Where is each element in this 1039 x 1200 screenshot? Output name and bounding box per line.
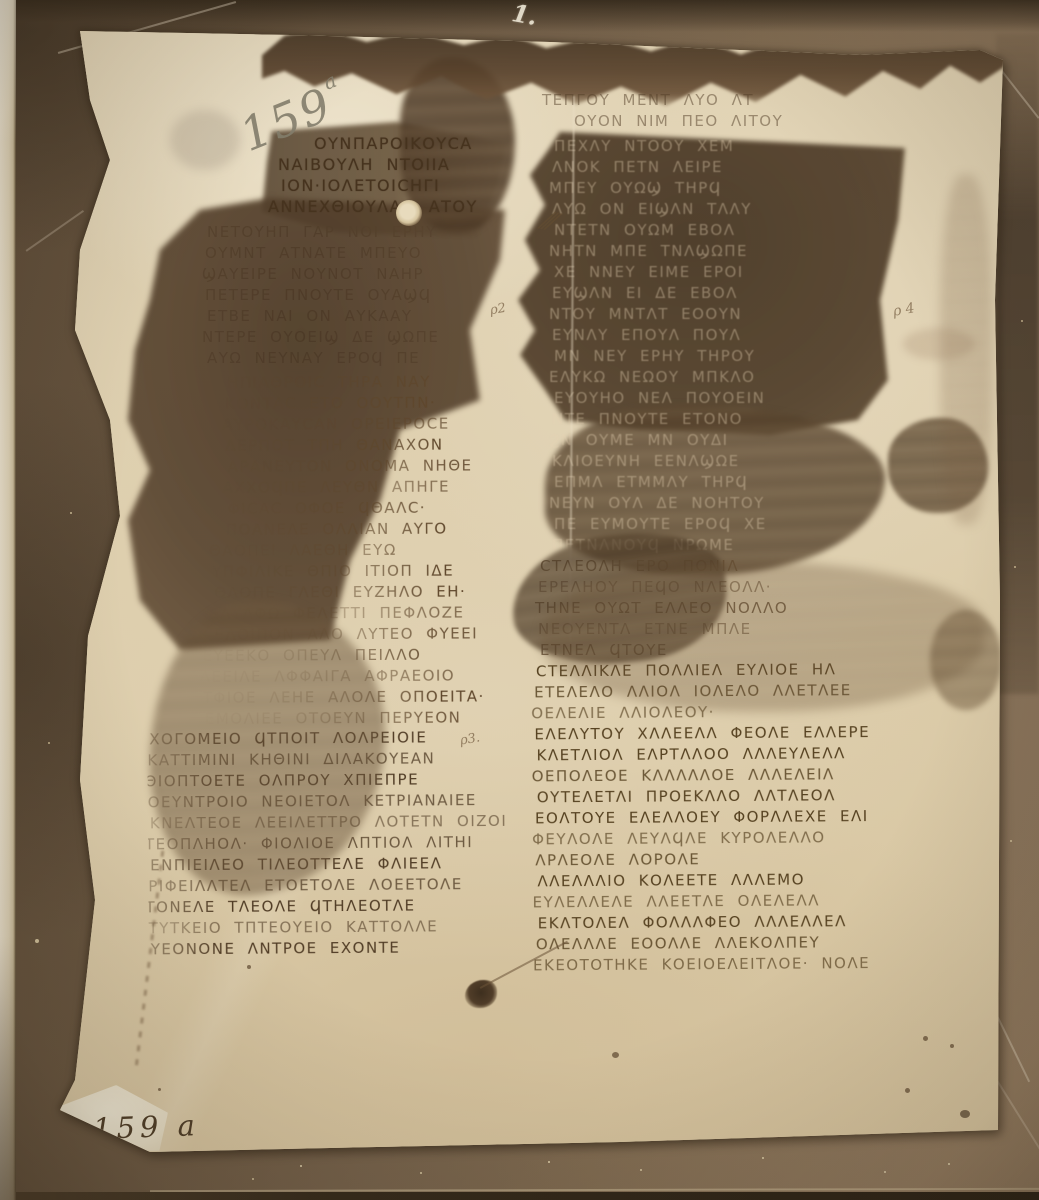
manuscript-text-line: ΛΥΩ ΟΝ ΕΙϢΛΝ ΤΛΛΥ	[552, 199, 902, 220]
manuscript-text-line: ΕΚΛΤΟΛΕΛ ΦΟΛΛΛΦΕΟ ΛΛΛΕΛΛΕΛ	[538, 911, 938, 935]
manuscript-text-line: ΟΕΠΟΛΕΟΕ ΚΛΛΛΛΛΟΕ ΛΛΛΕΛΕΙΛ	[532, 764, 932, 788]
manuscript-text-line: ΗΠΙΑΘΡΟΙC ΤΗΡΑ ΝΑΥ	[227, 371, 541, 394]
right-column-top-fragment-lines: ΤΕΠΓΟΥ ΜΕΝΤ ΛΥΟ ΛΤΟΥΟΝ ΝΙΜ ΠΕΟ ΛΙΤΟΥ	[540, 90, 900, 132]
manuscript-text-line: ΠΕ ΕΥΜΟΥΤΕ ΕΡΟϤ ΧΕ	[554, 514, 904, 535]
manuscript-text-line: ΕΠΜΛ ΕΤΜΜΛΥ ΤΗΡϤ	[554, 472, 904, 493]
manuscript-text-line: ΝΤΟΥ ΜΝΤΛΤ ΕΟΟΥΝ	[549, 304, 899, 325]
manuscript-text-line: ΕΟΛΤΟΥΕ ΕΛΕΛΛΟΕΥ ΦΟΡΛΛΕΧΕ ΕΛΙ	[535, 806, 935, 830]
ink-stain	[940, 175, 992, 525]
manuscript-text-line: ΕΥΟΥΗΟ ΝΕΛ ΠΟΥΟΕΙΝ	[554, 388, 904, 409]
manuscript-text-line: ΝΗΤΝ ΜΠΕ ΤΝΛϢΩΠΕ	[549, 241, 899, 262]
ink-blot	[465, 980, 497, 1008]
manuscript-text-line: ΧΕ ΝΝΕΥ ΕΙΜΕ ΕΡΟΙ	[554, 262, 904, 283]
ink-spot	[247, 965, 251, 969]
right-column-stained-lines: ΠΕΧΛΥ ΝΤΟΟΥ ΧΕΜΛΝΟΚ ΠΕΤΝ ΛΕΙΡΕΜΠΕΥ ΟΥΩϢ …	[552, 136, 902, 556]
margin-note: ρ 4	[892, 300, 916, 320]
manuscript-text-line: ΟΥΟΝ ΝΙΜ ΠΕΟ ΛΙΤΟΥ	[574, 111, 900, 132]
ink-spot	[950, 1044, 954, 1048]
albumen-photograph-of-manuscript: 1. ΝΕΤΟΥΗΠ ΓΑΡ ΝΟΙ ΕΡΗΥΟΥΜΝΤ ΑΤΝΑΤΕ ΜΠΕΥ…	[0, 0, 1039, 1200]
manuscript-text-line: ΑΥΡΟΚΑΥCΑΝ ΟΡΕΙΕΡΟCΕ	[222, 413, 536, 436]
parchment-hole	[396, 200, 422, 226]
manuscript-text-line: ΔΕΡΠΟΤ ΤΠΗ ΘΑΝΑΧΟΝ	[225, 434, 539, 457]
manuscript-text-line: ΝΕΥΝ ΟΥΛ ΔΕ ΝΟΗΤΟΥ	[549, 493, 899, 514]
manuscript-text-line: ΟΥΤΕΛΕΤΛΙ ΠΡΟΕΚΛΛΟ ΛΛΤΛΕΟΛ	[537, 785, 937, 809]
manuscript-text-line: ΝΑΙΒΟΥΛΗ ΝΤΟΙΙΑ	[278, 154, 528, 175]
manuscript-text-line: ΤΥΤΚΕΙΟ ΤΠΤΕΟΥΕΙΟ ΚΑΤΤΟΛΛΕ	[149, 916, 544, 940]
manuscript-text-line: ϨΝ ΟΥΜΕ ΜΝ ΟΥΔΙ	[549, 430, 899, 451]
album-page-edge	[0, 0, 16, 1200]
pencil-smudge	[170, 110, 240, 170]
manuscript-text-line: ΥΠΦΙΛΙΚΕ ΘΠΙΟ ΙΤΙΟΠ ΙΔΕ	[212, 560, 540, 583]
manuscript-text-line: ΦΕΥΛΟΛΕ ΛΕΥΛϤΛΕ ΚΥΡΟΛΕΛΛΟ	[532, 827, 932, 851]
manuscript-text-line: ΤΕΠΓΟΥ ΜΕΝΤ ΛΥΟ ΛΤ	[542, 90, 902, 111]
manuscript-leaf-wrapper: ΝΕΤΟΥΗΠ ΓΑΡ ΝΟΙ ΕΡΗΥΟΥΜΝΤ ΑΤΝΑΤΕ ΜΠΕΥΟϢΑ…	[55, 28, 1005, 1154]
manuscript-text-line: ΝΤΕ ΠΝΟΥΤΕ ΕΤΟΝΟ	[552, 409, 902, 430]
margin-note: ρ2	[489, 301, 507, 319]
ink-stain	[930, 610, 1002, 710]
manuscript-text-line: ΟΥΝΠΑΡΟΙΚΟΥCΑ	[314, 133, 530, 154]
manuscript-text-line: ΛΝΟΚ ΠΕΤΝ ΛΕΙΡΕ	[552, 157, 902, 178]
manuscript-text-line: ΚΛΕΤΛΙΟΛ ΕΛΡΤΛΛΟΟ ΛΛΛΕΥΛΕΛΛ	[536, 743, 936, 767]
ink-stain	[150, 600, 385, 895]
manuscript-text-line: ΟΛΕΛΛΛΕ ΕΟΟΛΛΕ ΛΛΕΚΟΛΠΕΥ	[536, 932, 936, 956]
manuscript-text-line: ΕΥϢΛΝ ΕΙ ΔΕ ΕΒΟΛ	[552, 283, 902, 304]
manuscript-text-line: ΕΥΛΕΛΛΕΛΕ ΛΛΕΕΤΛΕ ΟΛΕΛΕΛΛ	[533, 890, 933, 914]
plate-number: 1.	[510, 0, 540, 31]
dust-speckles	[0, 0, 2, 2]
manuscript-text-line: ΝΤΕΤΝ ΟΥΩΜ ΕΒΟΛ	[554, 220, 904, 241]
manuscript-text-line: ΦΙCΑC ΟΦΟΕ ϤΘΑΛC·	[228, 497, 542, 520]
manuscript-text-line: ΠΟΑΝΕΛΕ ΟΛΛΙΑΝ ΑΥΓΟ	[226, 518, 540, 541]
manuscript-text-line: ΑΡΑΝΕΥΤΟΝ ΟΝΟΜΑ ΝΗΘΕ	[228, 455, 542, 478]
manuscript-text-line: ΕΚΕΟΤΟΤΗΚΕ ΚΟΕΙΟΕΛΕΙΤΛΟΕ· ΝΟΛΕ	[533, 953, 933, 977]
ink-stain	[540, 560, 985, 712]
manuscript-text-line: ΑΧΧΟϤΠΕ ΛΕΥΘΝ ΑΠΗΓΕ	[223, 476, 537, 499]
manuscript-text-line: ΘΑΟΠΕΙ ΛΑΕΘΗ ΕΥΩ	[209, 539, 537, 562]
manuscript-text-line: ΛΡΛΕΟΛΕ ΛΟΡΟΛΕ	[535, 848, 935, 872]
ink-spot	[905, 1088, 910, 1093]
manuscript-text-line: ΕΛΕΛΥΤΟΥ ΧΛΛΕΕΛΛ ΦΕΟΛΕ ΕΛΛΕΡΕ	[534, 722, 934, 746]
ink-spot	[612, 1052, 619, 1058]
manuscript-leaf: ΝΕΤΟΥΗΠ ΓΑΡ ΝΟΙ ΕΡΗΥΟΥΜΝΤ ΑΤΝΑΤΕ ΜΠΕΥΟϢΑ…	[55, 28, 1005, 1154]
manuscript-text-line: ΚΟΝΤΑC ΕΤΟ ΟΟΥΤΠΝ·	[225, 392, 539, 415]
ink-spot	[960, 1110, 970, 1118]
mount-bottom-edge	[0, 1192, 1039, 1200]
folio-number-bottom-inscription: 159 a	[92, 1108, 200, 1146]
manuscript-text-line: ΕΛΥΚΩ ΝΕΩΟΥ ΜΠΚΛΟ	[549, 367, 899, 388]
manuscript-text-line: ΜΝ ΝΕΥ ΕΡΗΥ ΤΗΡΟΥ	[554, 346, 904, 367]
ink-spot	[923, 1036, 928, 1041]
manuscript-text-line: ΜΠΕΥ ΟΥΩϢ ΤΗΡϤ	[549, 178, 899, 199]
manuscript-text-line: ΛΛΕΛΛΛΙΟ ΚΟΛΕΕΤΕ ΛΛΛΕΜΟ	[537, 869, 937, 893]
ink-spot	[158, 1088, 161, 1091]
manuscript-text-line: ΙΟΝ·ΙΟΛΕΤΟΙCΗΓΙ	[281, 175, 525, 196]
manuscript-text-line: ΥΕΟΝΟΝΕ ΛΝΤΡΟΕ ΕΧΟΝΤΕ	[151, 937, 546, 961]
manuscript-text-line: ΚΛΙΟΕΥΝΗ ΕΕΝΛϢΩΕ	[552, 451, 902, 472]
manuscript-text-line: ΕΥΝΛΥ ΕΠΟΥΛ ΠΟΥΛ	[552, 325, 902, 346]
manuscript-text-line: ΤΟΝΕΛΕ ΤΛΕΟΛΕ ϤΤΗΛΕΟΤΛΕ	[145, 895, 540, 919]
manuscript-text-line: ΠΕΧΛΥ ΝΤΟΟΥ ΧΕΜ	[554, 136, 904, 157]
